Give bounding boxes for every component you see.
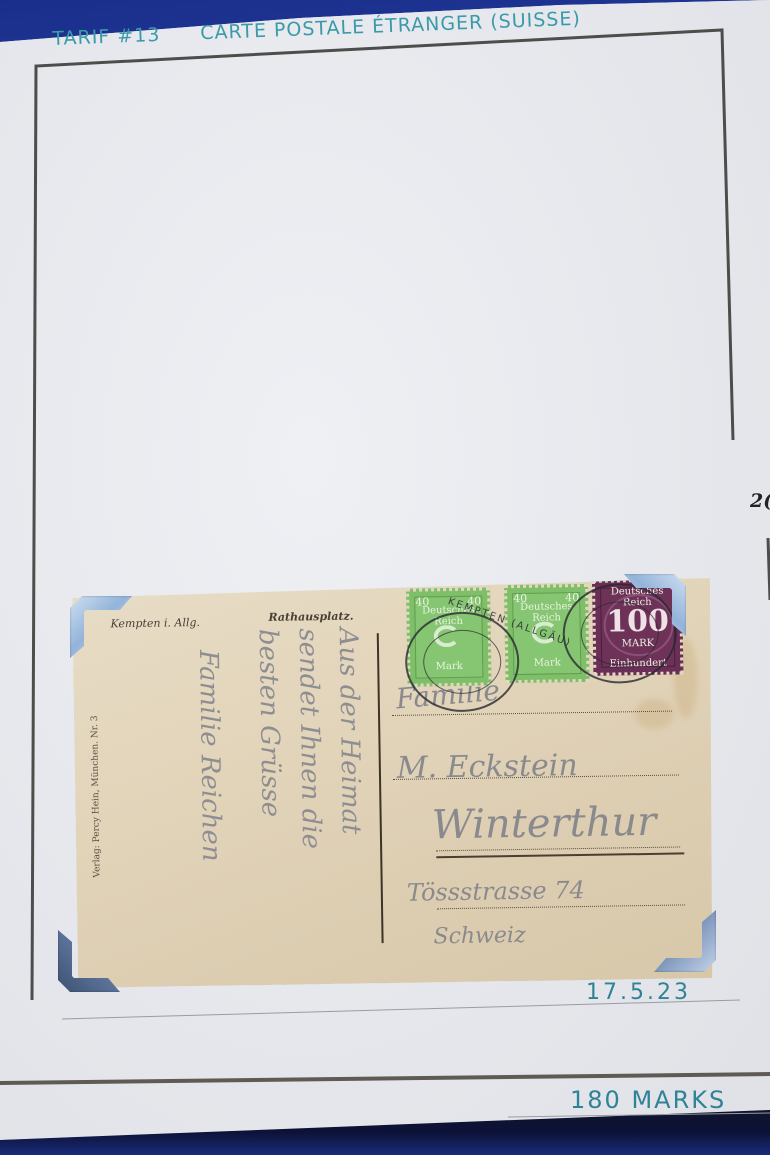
message-line: sendet Ihnen die (293, 628, 326, 849)
message-line: besten Grüsse (253, 629, 286, 818)
address-underline (436, 852, 684, 858)
postcard: Kempten i. Allg. Rathausplatz. Verlag: P… (72, 578, 716, 988)
address-recipient: M. Eckstein (397, 748, 578, 786)
place-caption: Kempten i. Allg. (110, 616, 200, 630)
adjacent-page-label: 2( (750, 490, 770, 512)
message-line: Aus der Heimat (333, 627, 366, 834)
address-street: Tössstrasse 74 (407, 876, 585, 907)
cancel-date-note: 17.5.23 (586, 980, 691, 1005)
view-caption: Rathausplatz. (268, 610, 353, 624)
postage-rate-note: 180 MARKS (570, 1086, 726, 1114)
card-divider (377, 633, 384, 943)
address-city: Winterthur (431, 799, 656, 849)
tarif-number: TARIF #13 (52, 24, 161, 50)
address-country: Schweiz (433, 923, 525, 949)
message-line: Familie Reichen (193, 650, 226, 862)
publisher-imprint: Verlag: Percy Hein, München. Nr. 3 (90, 715, 103, 877)
foxing-spot (634, 699, 674, 730)
